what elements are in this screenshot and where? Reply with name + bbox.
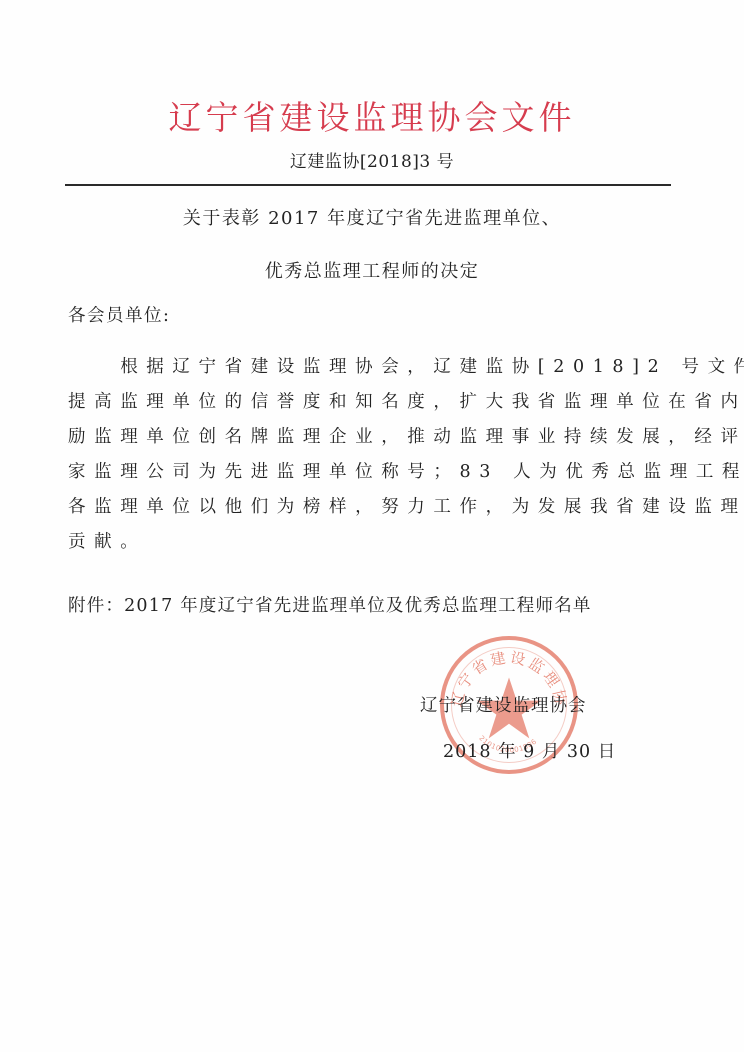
body-line: 各监理单位以他们为榜样，努力工作，为发展我省建设监理事业做出新的: [68, 493, 744, 518]
salutation: 各会员单位:: [68, 302, 170, 327]
body-line: 贡献。: [68, 528, 146, 553]
signing-organization: 辽宁省建设监理协会: [420, 692, 587, 717]
attachment-note: 附件：2017 年度辽宁省先进监理单位及优秀总监理工程师名单: [68, 592, 592, 617]
body-line: 提高监理单位的信誉度和知名度，扩大我省监理单位在省内外的影响，鼓: [68, 388, 744, 413]
header-divider: [65, 184, 671, 186]
body-line: 家监理公司为先进监理单位称号；83 人为优秀总监理工程师称号。希望: [68, 458, 744, 483]
org-title: 辽宁省建设监理协会文件: [0, 92, 744, 139]
body-line: 根据辽宁省建设监理协会，辽建监协[2018]2 号文件精神和要求，为: [68, 353, 744, 378]
body-line: 励监理单位创名牌监理企业，推动监理事业持续发展，经评定，授予 45: [68, 423, 744, 448]
document-heading-line-1: 关于表彰 2017 年度辽宁省先进监理单位、: [0, 204, 744, 230]
document-page: 辽宁省建设监理协会文件 辽建监协[2018]3 号 关于表彰 2017 年度辽宁…: [0, 0, 744, 1052]
document-number: 辽建监协[2018]3 号: [0, 147, 744, 172]
document-heading-line-2: 优秀总监理工程师的决定: [0, 257, 744, 283]
signing-date: 2018 年 9 月 30 日: [443, 738, 616, 763]
